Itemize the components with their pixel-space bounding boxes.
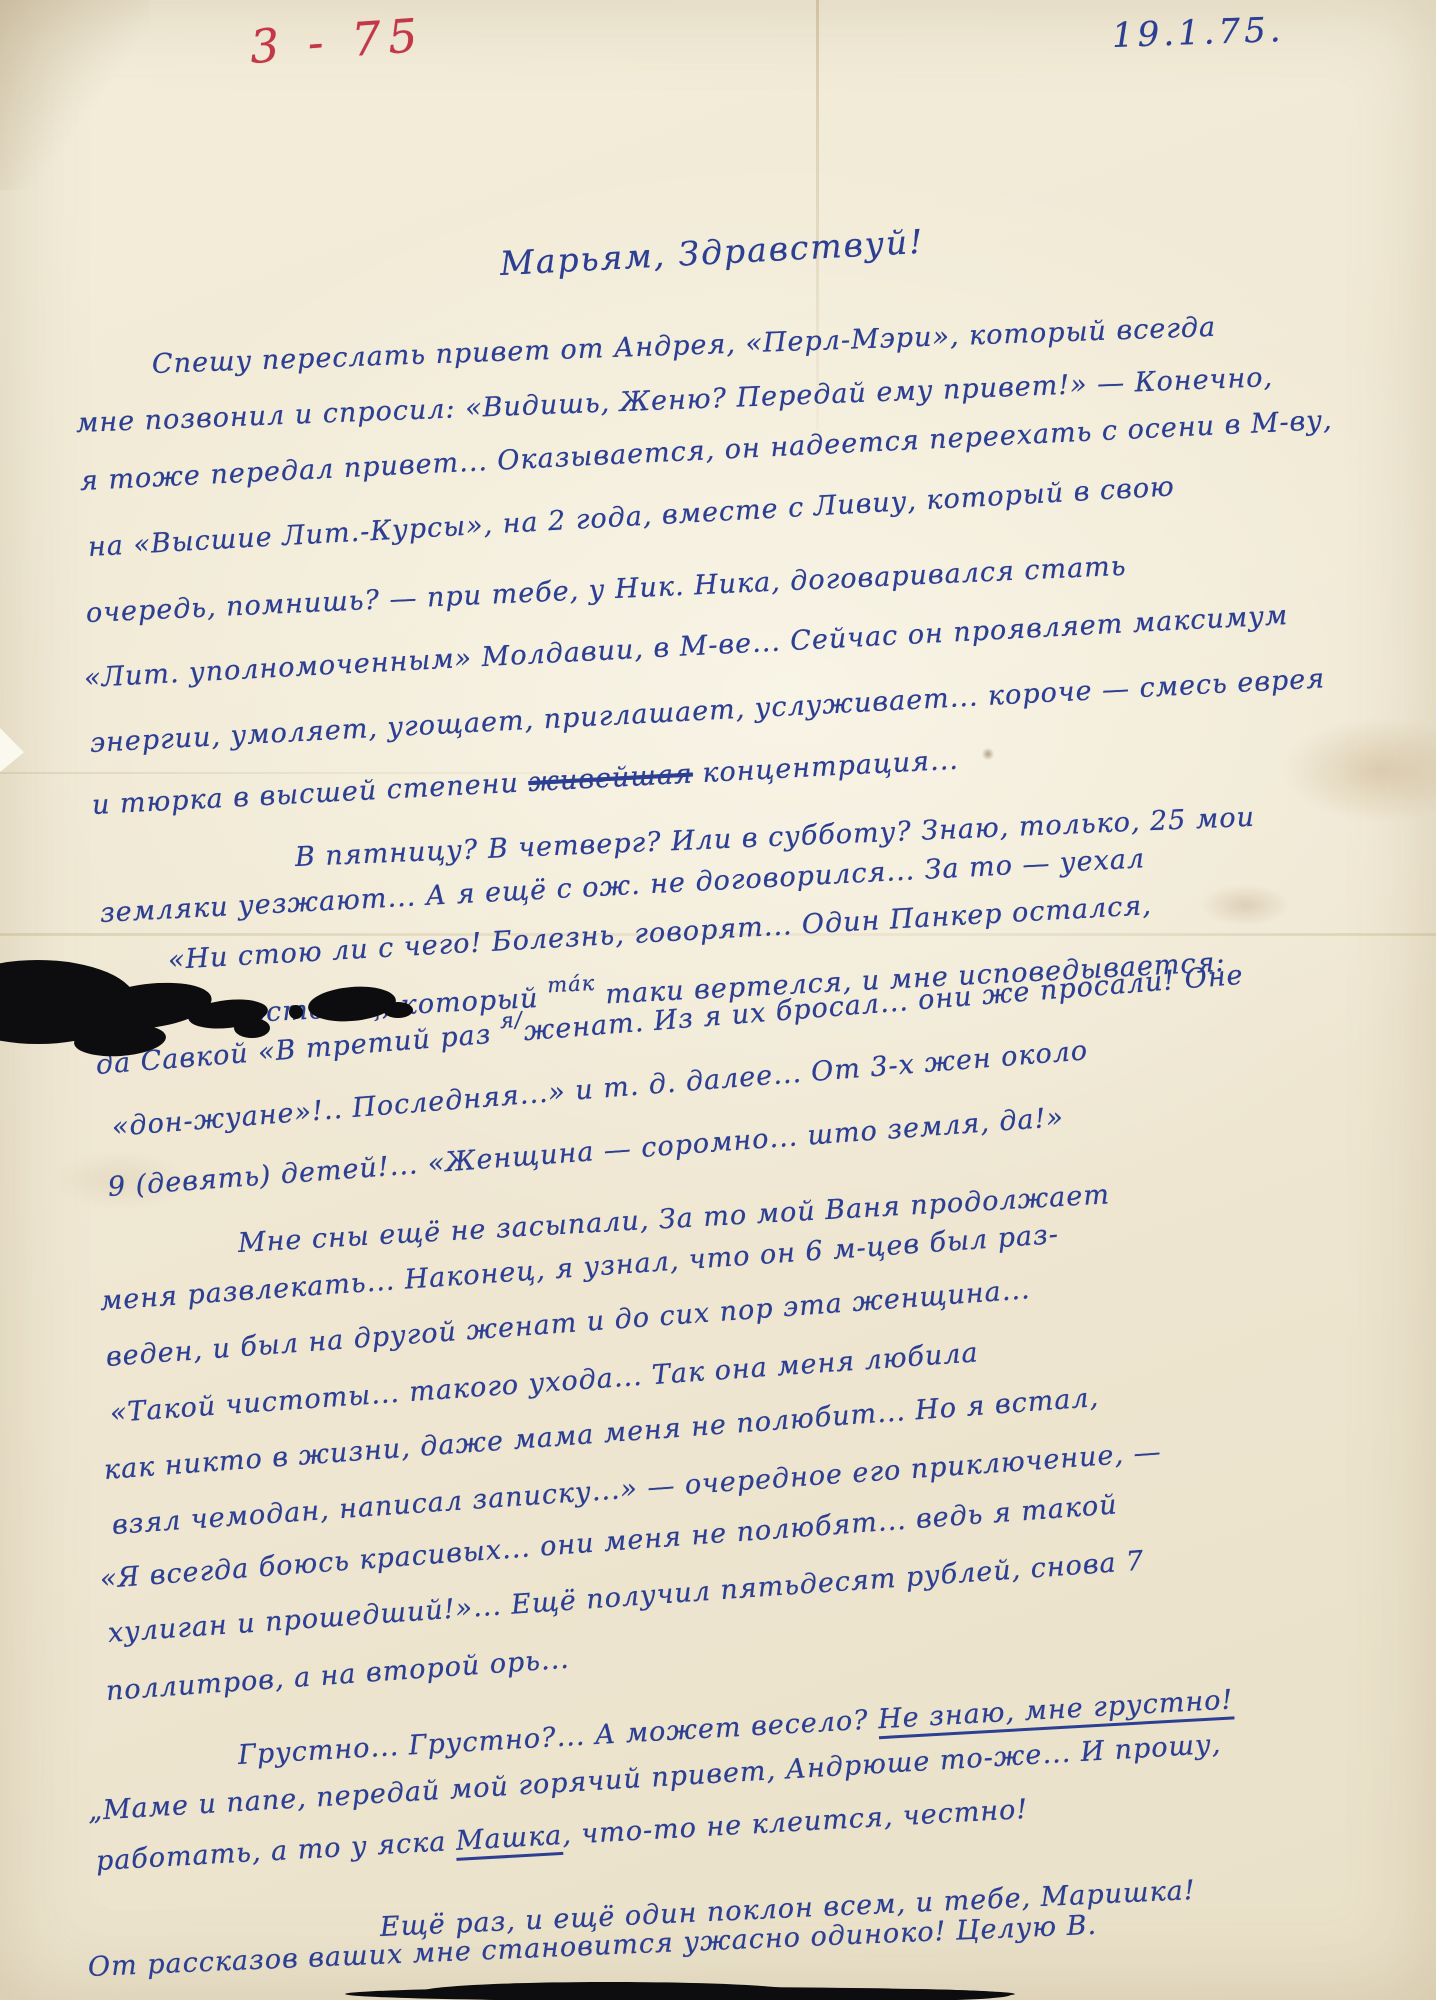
letter-line: и тюрка в высшей степени живейшая концен… xyxy=(91,745,959,821)
bottom-ink-smear xyxy=(330,1978,1040,2000)
handwriting-segment: да Савкой «В третий раз xyxy=(95,1018,502,1081)
handwriting-segment: работать, а то у яска xyxy=(95,1826,457,1877)
paper-tear-notch xyxy=(0,728,24,772)
handwriting-segment: я/ xyxy=(499,1007,524,1033)
handwriting-segment: поллитров, а на второй орь... xyxy=(105,1644,571,1707)
letter-greeting: Марьям, Здравствуй! xyxy=(499,222,925,283)
archive-number-red: 3 - 75 xyxy=(248,8,426,74)
handwriting-segment: и тюрка в высшей степени xyxy=(91,767,529,821)
letter-scan: 3 - 75 19.1.75. Марьям, Здравствуй! Спеш… xyxy=(0,0,1436,2000)
paper-corner-shade xyxy=(0,0,150,190)
handwriting-segment: концентрация... xyxy=(692,745,959,790)
letter-date: 19.1.75. xyxy=(1111,10,1285,56)
letter-line: поллитров, а на второй орь... xyxy=(105,1644,571,1707)
handwriting-segment: , что-то не клеится, честно! xyxy=(561,1794,1029,1851)
handwriting-segment: та́к xyxy=(547,971,596,997)
handwriting-segment: живейшая xyxy=(528,759,694,799)
handwriting-segment: Машка xyxy=(455,1820,563,1861)
fold-crease-vertical xyxy=(816,0,819,430)
